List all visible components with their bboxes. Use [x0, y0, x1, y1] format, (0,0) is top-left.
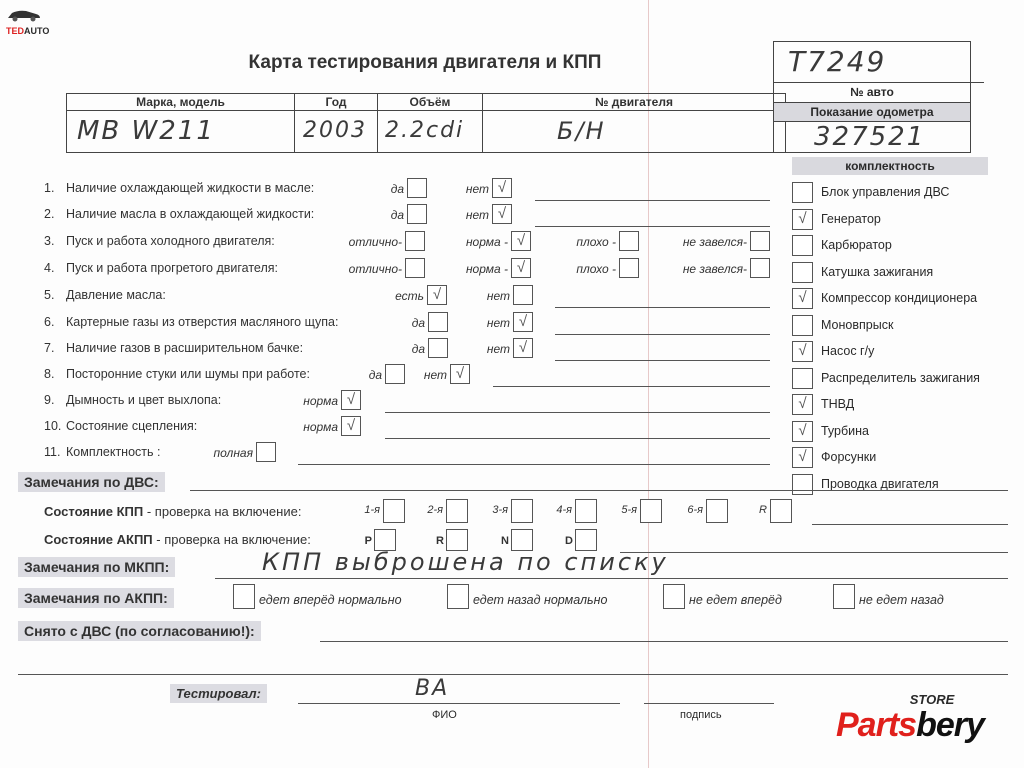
- completeness-item-label: Карбюратор: [821, 238, 892, 252]
- gear-label: 4-я: [556, 504, 572, 516]
- col-header-model: Марка, модель: [67, 94, 294, 110]
- option-label: да: [412, 316, 425, 330]
- option-label: норма: [303, 394, 338, 408]
- gear-checkbox[interactable]: [511, 499, 533, 523]
- checkbox[interactable]: [513, 285, 533, 305]
- gear-checkbox[interactable]: [770, 499, 792, 523]
- question-number: 1.: [44, 181, 54, 195]
- option-label: плохо -: [576, 262, 616, 276]
- gear-label: R: [759, 504, 767, 516]
- checkbox-checked[interactable]: √: [792, 421, 813, 442]
- checkbox-checked[interactable]: √: [792, 447, 813, 468]
- checkbox[interactable]: [792, 262, 813, 283]
- kpp-check-label: Состояние КПП - проверка на включение:: [44, 504, 301, 519]
- checkbox-checked[interactable]: √: [513, 338, 533, 358]
- col-header-volume: Объём: [378, 94, 482, 110]
- akpp-check-label: Состояние АКПП - проверка на включение:: [44, 532, 311, 547]
- tester-name-field[interactable]: [298, 703, 620, 704]
- remarks-mkpp-label: Замечания по МКПП:: [18, 557, 175, 577]
- car-icon: [6, 8, 42, 22]
- notes-line[interactable]: [535, 200, 770, 201]
- akpp-option-label: едет вперёд нормально: [259, 593, 402, 607]
- option-label: нет: [487, 289, 510, 303]
- partsbery-logo: STORE Partsbery: [836, 692, 1006, 752]
- question-text: Состояние сцепления:: [66, 419, 197, 433]
- option-label: да: [391, 182, 404, 196]
- completeness-item[interactable]: √Насос г/у: [792, 341, 874, 362]
- question-number: 8.: [44, 367, 54, 381]
- completeness-item[interactable]: √Форсунки: [792, 447, 876, 468]
- watermark-bery: bery: [916, 706, 984, 744]
- engine-no-value[interactable]: Б/Н: [557, 111, 606, 151]
- option-label: да: [412, 342, 425, 356]
- signature-caption: подпись: [680, 709, 722, 721]
- question-number: 7.: [44, 341, 54, 355]
- notes-line[interactable]: [385, 412, 770, 413]
- notes-line[interactable]: [555, 334, 770, 335]
- notes-line[interactable]: [493, 386, 770, 387]
- question-number: 6.: [44, 315, 54, 329]
- completeness-item[interactable]: Карбюратор: [792, 235, 892, 256]
- option-label: норма -: [466, 235, 508, 249]
- notes-line[interactable]: [535, 226, 770, 227]
- akpp-option-checkbox[interactable]: [833, 584, 855, 609]
- question-text: Дымность и цвет выхлопа:: [66, 393, 221, 407]
- akpp-option-label: едет назад нормально: [473, 593, 607, 607]
- logo-ted-text: TED: [6, 26, 24, 36]
- checkbox[interactable]: [256, 442, 276, 462]
- completeness-header: комплектность: [792, 157, 988, 175]
- remarks-mkpp-value[interactable]: КПП выброшена по списку: [262, 548, 669, 576]
- completeness-item[interactable]: Моновпрыск: [792, 315, 893, 336]
- completeness-item-label: ТНВД: [821, 397, 854, 411]
- checkbox-checked[interactable]: √: [511, 258, 531, 278]
- option-label: отлично-: [349, 262, 402, 276]
- question-text: Наличие охлаждающей жидкости в масле:: [66, 181, 314, 195]
- completeness-item[interactable]: √ТНВД: [792, 394, 854, 415]
- completeness-item-label: Генератор: [821, 211, 881, 225]
- completeness-item-label: Компрессор кондиционера: [821, 291, 977, 305]
- option-label: да: [369, 368, 382, 382]
- car-number-value[interactable]: T7249: [774, 42, 984, 83]
- volume-value[interactable]: 2.2cdi: [385, 111, 464, 151]
- checkbox[interactable]: [792, 474, 813, 495]
- checkbox[interactable]: [792, 182, 813, 203]
- signature-field[interactable]: [644, 703, 774, 704]
- option-label: нет: [487, 342, 510, 356]
- checkbox[interactable]: [619, 231, 639, 251]
- gear-checkbox[interactable]: [640, 499, 662, 523]
- checkbox-checked[interactable]: √: [511, 231, 531, 251]
- checkbox-checked[interactable]: √: [450, 364, 470, 384]
- question-number: 2.: [44, 207, 54, 221]
- car-info-box: T7249 № авто Показание одометра 327521: [773, 41, 971, 153]
- checkbox[interactable]: [407, 178, 427, 198]
- akpp-option-checkbox[interactable]: [233, 584, 255, 609]
- year-value[interactable]: 2003: [303, 111, 367, 151]
- gear-label: 6-я: [687, 504, 703, 516]
- gear-label: 3-я: [492, 504, 508, 516]
- tedauto-logo: TEDAUTO: [6, 8, 50, 36]
- watermark-store: STORE: [858, 692, 1006, 707]
- completeness-item[interactable]: √Турбина: [792, 421, 869, 442]
- checkbox[interactable]: [750, 231, 770, 251]
- question-number: 9.: [44, 393, 54, 407]
- gear-label: 1-я: [364, 504, 380, 516]
- completeness-item-label: Форсунки: [821, 450, 876, 464]
- gear-label: 5-я: [621, 504, 637, 516]
- question-number: 10.: [44, 419, 61, 433]
- completeness-item-label: Блок управления ДВС: [821, 185, 949, 199]
- akpp-option-checkbox[interactable]: [447, 584, 469, 609]
- checkbox[interactable]: [428, 338, 448, 358]
- gear-checkbox[interactable]: [446, 499, 468, 523]
- tester-name-value: BA: [415, 676, 449, 701]
- remarks-engine-label: Замечания по ДВС:: [18, 472, 165, 492]
- model-value[interactable]: MB W211: [77, 111, 215, 151]
- completeness-item[interactable]: Распределитель зажигания: [792, 368, 980, 389]
- logo-auto-text: AUTO: [24, 26, 49, 36]
- checkbox[interactable]: [619, 258, 639, 278]
- checkbox[interactable]: [428, 312, 448, 332]
- gear-label: D: [565, 535, 573, 547]
- option-label: не завелся-: [683, 235, 747, 249]
- checkbox[interactable]: [405, 258, 425, 278]
- option-label: нет: [466, 182, 489, 196]
- odometer-value[interactable]: 327521: [774, 122, 1010, 152]
- gear-label: 2-я: [427, 504, 443, 516]
- option-label: не завелся-: [683, 262, 747, 276]
- checkbox-checked[interactable]: √: [492, 204, 512, 224]
- notes-line[interactable]: [298, 464, 770, 465]
- completeness-item-label: Распределитель зажигания: [821, 370, 980, 384]
- checkbox[interactable]: [405, 231, 425, 251]
- completeness-item-label: Моновпрыск: [821, 317, 893, 331]
- akpp-option-label: не едет назад: [859, 593, 944, 607]
- checkbox-checked[interactable]: √: [513, 312, 533, 332]
- option-label: нет: [487, 316, 510, 330]
- completeness-item[interactable]: Проводка двигателя: [792, 474, 939, 495]
- notes-line[interactable]: [555, 307, 770, 308]
- remarks-akpp-label: Замечания по АКПП:: [18, 588, 174, 608]
- removed-field[interactable]: [320, 641, 1008, 642]
- question-text: Наличие масла в охлаждающей жидкости:: [66, 207, 314, 221]
- checkbox[interactable]: [407, 204, 427, 224]
- question-text: Пуск и работа прогретого двигателя:: [66, 261, 278, 275]
- col-header-engine-no: № двигателя: [483, 94, 785, 110]
- checkbox[interactable]: [750, 258, 770, 278]
- checkbox-checked[interactable]: √: [341, 390, 361, 410]
- name-caption: ФИО: [432, 709, 457, 721]
- option-label: нет: [424, 368, 447, 382]
- akpp-option-label: не едет вперёд: [689, 593, 782, 607]
- gear-checkbox[interactable]: [383, 499, 405, 523]
- odometer-label: Показание одометра: [774, 103, 970, 122]
- question-text: Картерные газы из отверстия масляного щу…: [66, 315, 338, 329]
- completeness-item[interactable]: √Компрессор кондиционера: [792, 288, 977, 309]
- notes-line[interactable]: [385, 438, 770, 439]
- completeness-item-label: Катушка зажигания: [821, 264, 933, 278]
- tested-by-label: Тестировал:: [170, 684, 267, 703]
- watermark-parts: Parts: [836, 706, 916, 744]
- notes-line[interactable]: [555, 360, 770, 361]
- completeness-item-label: Проводка двигателя: [821, 476, 939, 490]
- option-label: есть: [395, 289, 424, 303]
- option-label: нет: [466, 208, 489, 222]
- question-number: 5.: [44, 288, 54, 302]
- gear-label: R: [436, 535, 444, 547]
- question-text: Посторонние стуки или шумы при работе:: [66, 367, 310, 381]
- completeness-item[interactable]: Блок управления ДВС: [792, 182, 949, 203]
- col-header-year: Год: [295, 94, 377, 110]
- question-text: Наличие газов в расширительном бачке:: [66, 341, 303, 355]
- question-text: Пуск и работа холодного двигателя:: [66, 234, 275, 248]
- option-label: полная: [214, 446, 253, 460]
- removed-label: Снято с ДВС (по согласованию!):: [18, 621, 261, 641]
- option-label: норма -: [466, 262, 508, 276]
- checkbox-checked[interactable]: √: [427, 285, 447, 305]
- checkbox[interactable]: [385, 364, 405, 384]
- gear-checkbox[interactable]: [575, 499, 597, 523]
- completeness-item-label: Насос г/у: [821, 344, 874, 358]
- completeness-item[interactable]: √Генератор: [792, 209, 881, 230]
- checkbox-checked[interactable]: √: [792, 341, 813, 362]
- completeness-item[interactable]: Катушка зажигания: [792, 262, 933, 283]
- option-label: норма: [303, 420, 338, 434]
- remarks-engine-field[interactable]: [190, 490, 1008, 491]
- checkbox[interactable]: [792, 315, 813, 336]
- question-number: 3.: [44, 234, 54, 248]
- option-label: плохо -: [576, 235, 616, 249]
- checkbox-checked[interactable]: √: [792, 209, 813, 230]
- option-label: отлично-: [349, 235, 402, 249]
- vehicle-info-table: Марка, модель Год Объём № двигателя MB W…: [66, 93, 786, 153]
- gear-label: N: [501, 535, 509, 547]
- page-title: Карта тестирования двигателя и КПП: [0, 52, 850, 74]
- checkbox-checked[interactable]: √: [792, 394, 813, 415]
- question-text: Комплектность :: [66, 445, 160, 459]
- question-number: 4.: [44, 261, 54, 275]
- gear-checkbox[interactable]: [706, 499, 728, 523]
- completeness-item-label: Турбина: [821, 423, 869, 437]
- checkbox-checked[interactable]: √: [341, 416, 361, 436]
- checkbox-checked[interactable]: √: [492, 178, 512, 198]
- checkbox[interactable]: [792, 368, 813, 389]
- gear-label: P: [365, 535, 372, 547]
- question-number: 11.: [44, 445, 60, 459]
- checkbox[interactable]: [792, 235, 813, 256]
- question-text: Давление масла:: [66, 288, 166, 302]
- checkbox-checked[interactable]: √: [792, 288, 813, 309]
- akpp-option-checkbox[interactable]: [663, 584, 685, 609]
- car-number-label: № авто: [774, 82, 970, 103]
- option-label: да: [391, 208, 404, 222]
